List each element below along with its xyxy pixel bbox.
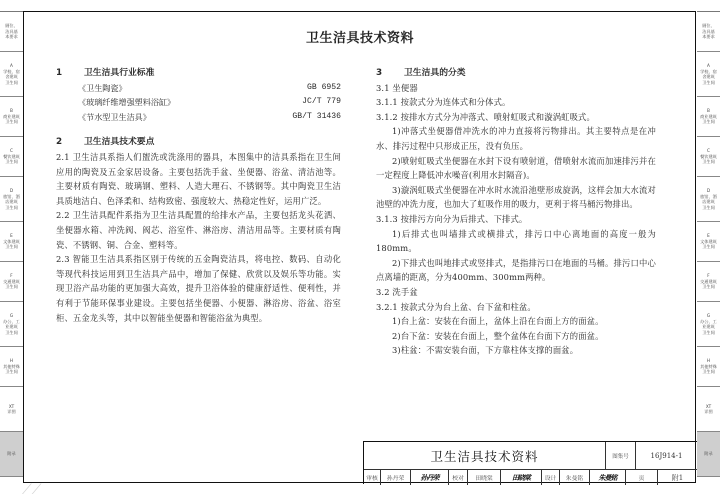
- page-label: 页: [626, 470, 658, 485]
- line-3-1-3: 3.1.3 按排污方向分为后排式、下排式。: [376, 212, 656, 227]
- tab-e-culture-sports[interactable]: E 文体建筑 卫生间: [0, 222, 23, 262]
- left-column: 1 卫生洁具行业标准 《卫生陶瓷》 GB 6952 《玻璃纤维增强塑料浴缸》 J…: [56, 66, 341, 325]
- watermark-logo-icon: ⟋⟋: [22, 482, 44, 502]
- designer-name: 朱曼铭: [560, 470, 590, 485]
- item-siphon-vortex: 3)漩涡虹吸式坐便器在冲水时水流沿池壁形成旋涡，这样会加大水流对池壁的冲洗力度，…: [376, 183, 656, 212]
- page-title: 卫生洁具技术资料: [0, 27, 720, 46]
- title-block: 卫生洁具技术资料 图集号 16J914-1 审核 孙丹荣 孙丹荣 校对 田晓棠 …: [363, 441, 697, 484]
- tab-f-transport[interactable]: F 交通建筑 卫生间: [0, 262, 23, 302]
- line-3-1: 3.1 坐便器: [376, 81, 656, 96]
- tab-appendix[interactable]: 附录: [697, 432, 720, 477]
- section-number: 2: [56, 135, 64, 150]
- line-3-1-1: 3.1.1 按款式分为连体式和分体式。: [376, 95, 656, 110]
- reviewer-name: 孙丹荣: [381, 470, 411, 485]
- designer-signature: 朱曼铭: [590, 470, 626, 485]
- tab-a-school[interactable]: A 学校、宿 舍建筑 卫生间: [0, 52, 23, 97]
- section-title: 卫生洁具行业标准: [84, 66, 154, 81]
- section-number: 3: [376, 66, 384, 81]
- tab-e-culture-sports[interactable]: E 文体建筑 卫生间: [697, 222, 720, 262]
- reviewer-signature: 孙丹荣: [411, 470, 449, 485]
- checker-name: 田晓棠: [468, 470, 501, 485]
- right-column: 3 卫生洁具的分类 3.1 坐便器 3.1.1 按款式分为连体式和分体式。 3.…: [376, 66, 656, 358]
- spacer: [56, 124, 341, 135]
- tab-d-hotel[interactable]: D 旅馆、酒 店建筑 卫生间: [0, 177, 23, 222]
- item-countertop-basin: 1)台上盆：安装在台面上，盆体上沿在台面上方的面盆。: [376, 314, 656, 329]
- standard-code: GB 6952: [307, 81, 341, 96]
- item-washdown: 1)冲落式坐便器借冲洗水的冲力直接将污物排出。其主要特点是在冲水、排污过程中只形…: [376, 124, 656, 153]
- item-rear-outlet: 1)后排式也叫墙排式或横排式，排污口中心离地面的高度一般为180mm。: [376, 227, 656, 256]
- line-3-2-1: 3.2.1 按款式分为台上盆、台下盆和柱盆。: [376, 300, 656, 315]
- standard-name: 《卫生陶瓷》: [78, 81, 127, 96]
- section-number: 1: [56, 66, 64, 81]
- tab-b-commercial[interactable]: B 商业建筑 卫生间: [697, 97, 720, 137]
- tab-a-school[interactable]: A 学校、宿 舍建筑 卫生间: [697, 52, 720, 97]
- tab-d-hotel[interactable]: D 旅馆、酒 店建筑 卫生间: [697, 177, 720, 222]
- tab-h-special[interactable]: H 其他特殊 卫生间: [0, 347, 23, 387]
- tab-f-transport[interactable]: F 交通建筑 卫生间: [697, 262, 720, 302]
- tab-xt-details[interactable]: XT 详图: [0, 387, 23, 432]
- section-1-heading: 1 卫生洁具行业标准: [56, 66, 341, 81]
- tab-appendix[interactable]: 附录: [0, 432, 23, 477]
- tab-h-special[interactable]: H 其他特殊 卫生间: [697, 347, 720, 387]
- section-2-heading: 2 卫生洁具技术要点: [56, 135, 341, 150]
- standard-row: 《卫生陶瓷》 GB 6952: [56, 81, 341, 96]
- item-undercounter-basin: 2)台下盆：安装在台面上，整个盆体在台面下方的面盆。: [376, 329, 656, 344]
- tab-c-catering[interactable]: C 餐饮建筑 卫生间: [0, 137, 23, 177]
- page-number: 附1: [658, 470, 697, 485]
- checker-signature: 田晓棠: [501, 470, 542, 485]
- atlas-number: 16J914-1: [636, 442, 697, 469]
- standard-row: 《玻璃纤维增强塑料浴缸》 JC/T 779: [56, 95, 341, 110]
- standard-code: GB/T 31436: [292, 110, 341, 125]
- item-siphon-jet: 2)喷射虹吸式坐便器在水封下设有喷射道，借喷射水流而加速排污并在一定程度上降低冲…: [376, 154, 656, 183]
- paragraph-2-3: 2.3 智能卫生洁具系指区别于传统的五金陶瓷洁具，将电控、数码、自动化等现代科技…: [56, 252, 341, 325]
- standard-name: 《玻璃纤维增强塑料浴缸》: [78, 95, 175, 110]
- line-3-2: 3.2 洗手盆: [376, 285, 656, 300]
- line-3-1-2: 3.1.2 按排水方式分为冲落式、喷射虹吸式和漩涡虹吸式。: [376, 110, 656, 125]
- paragraph-2-1: 2.1 卫生洁具系指人们盥洗或洗涤用的器具，本图集中的洁具系指在卫生间应用的陶瓷…: [56, 150, 341, 208]
- atlas-number-label: 图集号: [606, 442, 636, 469]
- reviewer-label: 审核: [364, 470, 381, 485]
- designer-label: 设计: [542, 470, 560, 485]
- tab-b-commercial[interactable]: B 商业建筑 卫生间: [0, 97, 23, 137]
- title-block-bottom-row: 审核 孙丹荣 孙丹荣 校对 田晓棠 田晓棠 设计 朱曼铭 朱曼铭 页 附1: [364, 470, 697, 485]
- standard-code: JC/T 779: [302, 95, 341, 110]
- standard-name: 《节水型卫生洁具》: [78, 110, 151, 125]
- paragraph-2-2: 2.2 卫生洁具配件系指为卫生洁具配置的给排水产品，主要包括龙头花洒、坐便器水箱…: [56, 208, 341, 252]
- drawing-name: 卫生洁具技术资料: [364, 442, 606, 469]
- tab-c-catering[interactable]: C 餐饮建筑 卫生间: [697, 137, 720, 177]
- standard-row: 《节水型卫生洁具》 GB/T 31436: [56, 110, 341, 125]
- title-block-top-row: 卫生洁具技术资料 图集号 16J914-1: [364, 442, 697, 470]
- right-index-tabs: 厕位、 洁具基 本要求 A 学校、宿 舍建筑 卫生间 B 商业建筑 卫生间 C …: [697, 11, 720, 477]
- item-pedestal-basin: 3)柱盆：不需安装台面，下方靠柱体支撑的面盆。: [376, 343, 656, 358]
- tab-g-office-industrial[interactable]: G 办公、工 业建筑 卫生间: [697, 302, 720, 347]
- tab-g-office-industrial[interactable]: G 办公、工 业建筑 卫生间: [0, 302, 23, 347]
- section-3-heading: 3 卫生洁具的分类: [376, 66, 656, 81]
- section-title: 卫生洁具技术要点: [84, 135, 154, 150]
- section-title: 卫生洁具的分类: [404, 66, 466, 81]
- checker-label: 校对: [449, 470, 468, 485]
- left-index-tabs: 厕位、 洁具基 本要求 A 学校、宿 舍建筑 卫生间 B 商业建筑 卫生间 C …: [0, 11, 23, 477]
- item-floor-outlet: 2)下排式也叫地排式或竖排式，是指排污口在地面的马桶。排污口中心点离墙的距离，分…: [376, 256, 656, 285]
- tab-xt-details[interactable]: XT 详图: [697, 387, 720, 432]
